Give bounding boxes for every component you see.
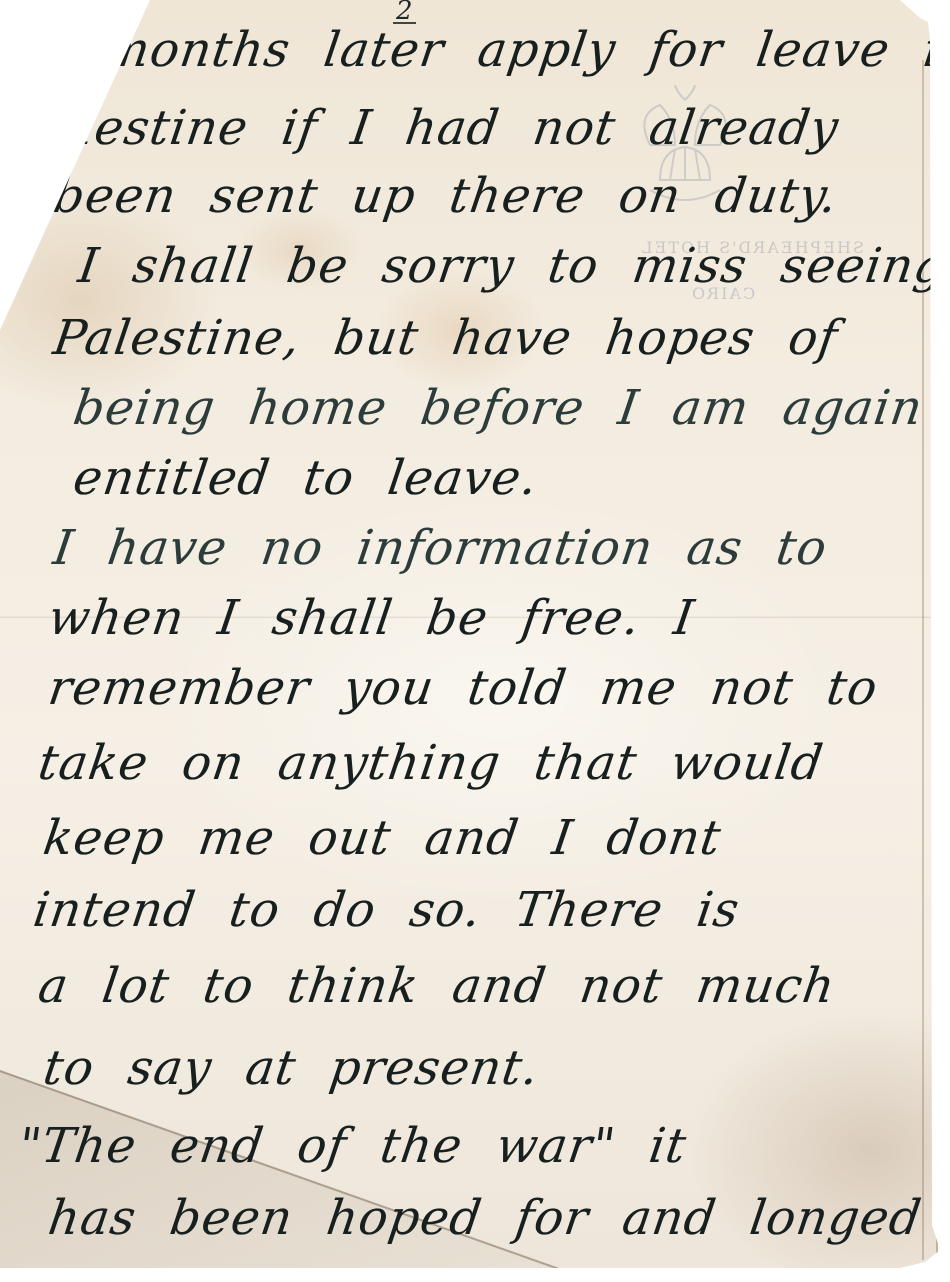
letter-line: "The end of the war" it	[15, 1118, 690, 1174]
letter-line: a lot to think and not much	[35, 958, 839, 1014]
letter-line: take on anything that would	[35, 735, 827, 791]
letter-line: to say at present.	[40, 1040, 543, 1096]
letter-line: keep me out and I dont	[40, 810, 725, 866]
letter-page: SHEPHEARD'S HOTEL CAIRO 2 months later a…	[0, 0, 938, 1268]
letter-line: I shall be sorry to miss seeing	[75, 238, 950, 294]
page-number: 2	[393, 0, 416, 24]
letter-line: has been hoped for and longed for	[45, 1190, 950, 1246]
letter-line: intend to do so. There is	[30, 882, 743, 938]
letter-line: I have no information as to	[50, 520, 831, 576]
document-viewer: SHEPHEARD'S HOTEL CAIRO 2 months later a…	[0, 0, 950, 1282]
letter-line: being home before I am again	[70, 380, 926, 436]
letter-line: entitled to leave.	[70, 450, 541, 506]
letter-line: been sent up there on duty.	[50, 168, 841, 224]
letter-line: months later apply for leave in	[100, 22, 950, 78]
letter-line: Palestine, but have hopes of	[50, 310, 841, 366]
letter-line: Palestine if I had not already	[14, 100, 842, 156]
letter-line: remember you told me not to	[45, 660, 881, 716]
letter-line: when I shall be free. I	[45, 590, 698, 646]
